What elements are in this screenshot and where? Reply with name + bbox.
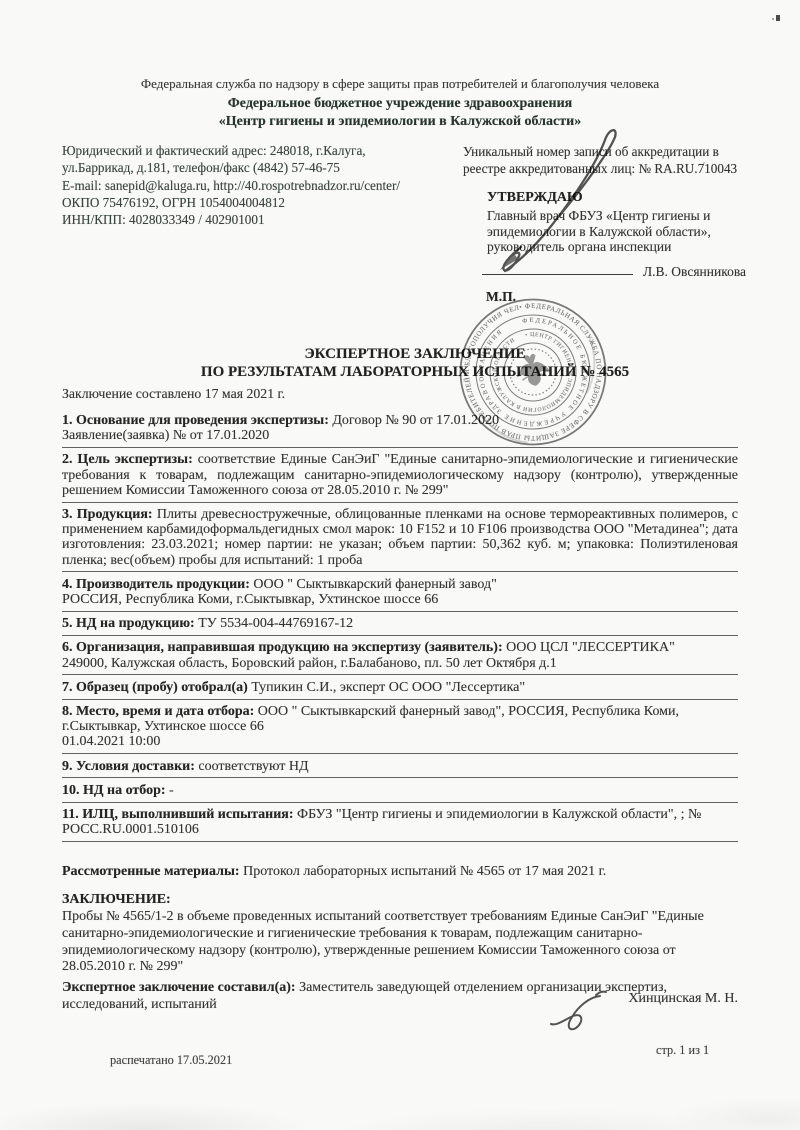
- section-product: 3. Продукция: Плиты древесностружечные, …: [62, 507, 738, 568]
- signature-line: [482, 262, 633, 275]
- separator-line: [62, 571, 738, 572]
- compiled-date-line: Заключение составлено 17 мая 2021 г.: [62, 386, 285, 402]
- section-text: Договор № 90 от 17.01.2020: [332, 413, 499, 428]
- title-line2: ПО РЕЗУЛЬТАТАМ ЛАБОРАТОРНЫХ ИСПЫТАНИЙ № …: [30, 364, 800, 382]
- section-text: соответствуют НД: [198, 759, 308, 774]
- scanned-expert-conclusion-page: Федеральная служба по надзору в сфере за…: [0, 0, 800, 1130]
- section-sampler: 7. Образец (пробу) отобрал(а) Тупикин С.…: [62, 680, 738, 695]
- section-extra-line: г.Сыктывкар, Ухтинское шоссе 66: [62, 719, 738, 734]
- composer-block: Экспертное заключение составил(а): Замес…: [62, 980, 738, 1013]
- section-text: ООО " Сыктывкарский фанерный завод": [253, 577, 496, 592]
- document-title: ЭКСПЕРТНОЕ ЗАКЛЮЧЕНИЕ ПО РЕЗУЛЬТАТАМ ЛАБ…: [30, 346, 800, 381]
- section-text: ТУ 5534-004-44769167-12: [198, 616, 353, 631]
- title-line1: ЭКСПЕРТНОЕ ЗАКЛЮЧЕНИЕ: [30, 346, 800, 364]
- section-extra-line: РОССИЯ, Республика Коми, г.Сыктывкар, Ух…: [62, 592, 738, 607]
- section-text: ФБУЗ "Центр гигиены и эпидемиологии в Ка…: [297, 807, 701, 822]
- contacts-email-line: E-mail: sanepid@kaluga.ru, http://40.ros…: [62, 177, 472, 194]
- approval-line1: Главный врач ФБУЗ «Центр гигиены и: [487, 208, 757, 223]
- section-label: 7. Образец (пробу) отобрал(а): [62, 680, 248, 695]
- accreditation-line2: реестре аккредитованных лиц: № RA.RU.710…: [463, 161, 753, 178]
- section-label: 9. Условия доставки:: [62, 759, 195, 774]
- sections-list: 1. Основание для проведения экспертизы: …: [62, 413, 738, 846]
- separator-line: [62, 447, 738, 448]
- section-extra-line: 249000, Калужская область, Боровский рай…: [62, 656, 738, 671]
- approval-line2: эпидемиологии в Калужской области»,: [487, 224, 757, 239]
- section-text: Плиты древесностружечные, облицованные п…: [62, 507, 738, 568]
- section-text: ООО " Сыктывкарский фанерный завод", РОС…: [258, 704, 679, 719]
- section-label: 3. Продукция:: [62, 507, 153, 522]
- section-text: Тупикин С.И., эксперт ОС ООО "Лессертика…: [251, 680, 525, 695]
- section-label: 1. Основание для проведения экспертизы:: [62, 413, 329, 428]
- section-label: 8. Место, время и дата отбора:: [62, 704, 254, 719]
- section-basis: 1. Основание для проведения экспертизы: …: [62, 413, 738, 443]
- materials-text: Протокол лабораторных испытаний № 4565 о…: [243, 864, 606, 879]
- section-extra-line: Заявление(заявка) № от 17.01.2020: [62, 428, 738, 443]
- composer-name: Хинцинская М. Н.: [628, 991, 738, 1008]
- contacts-inn-kpp-line: ИНН/КПП: 4028033349 / 402901001: [62, 211, 472, 228]
- section-sampling-place: 8. Место, время и дата отбора: ООО " Сык…: [62, 704, 738, 750]
- materials-label: Рассмотренные материалы:: [62, 864, 240, 879]
- composer-label: Экспертное заключение составил(а):: [62, 980, 296, 995]
- contacts-address-line1: Юридический и фактический адрес: 248018,…: [62, 142, 472, 159]
- conclusion-heading: ЗАКЛЮЧЕНИЕ:: [62, 892, 171, 908]
- section-text: -: [169, 783, 174, 798]
- section-purpose: 2. Цель экспертизы: соответствие Единые …: [62, 452, 738, 498]
- contacts-address-line2: ул.Баррикад, д.181, телефон/факс (4842) …: [62, 159, 472, 176]
- section-laboratory: 11. ИЛЦ, выполнивший испытания: ФБУЗ "Це…: [62, 807, 738, 837]
- section-label: 4. Производитель продукции:: [62, 577, 250, 592]
- approver-name: Л.В. Овсянникова: [643, 264, 746, 280]
- separator-line: [62, 841, 738, 842]
- conclusion-body: Пробы № 4565/1-2 в объеме проведенных ис…: [62, 909, 740, 976]
- separator-line: [62, 777, 738, 778]
- section-label: 5. НД на продукцию:: [62, 616, 195, 631]
- approval-block: УТВЕРЖДАЮ Главный врач ФБУЗ «Центр гигие…: [487, 190, 757, 255]
- approval-title: УТВЕРЖДАЮ: [487, 190, 757, 205]
- stamp-place-mark: М.П.: [486, 289, 516, 305]
- section-label: 6. Организация, направившая продукцию на…: [62, 640, 503, 655]
- section-manufacturer: 4. Производитель продукции: ООО " Сыктыв…: [62, 577, 738, 607]
- section-label: 2. Цель экспертизы:: [62, 452, 193, 467]
- accreditation-line1: Уникальный номер записи об аккредитации …: [463, 144, 753, 161]
- section-text: ООО ЦСЛ "ЛЕССЕРТИКА": [506, 640, 675, 655]
- footer-printed-date: распечатано 17.05.2021: [110, 1053, 232, 1068]
- section-applicant: 6. Организация, направившая продукцию на…: [62, 640, 738, 670]
- section-label: 11. ИЛЦ, выполнивший испытания:: [62, 807, 294, 822]
- section-nd-sampling: 10. НД на отбор: -: [62, 783, 738, 798]
- separator-line: [62, 699, 738, 700]
- section-extra-line: РОСС.RU.0001.510106: [62, 822, 738, 837]
- separator-line: [62, 611, 738, 612]
- header-agency-line: Федеральная служба по надзору в сфере за…: [0, 76, 800, 92]
- separator-line: [62, 802, 738, 803]
- footer-page-number: стр. 1 из 1: [656, 1043, 709, 1058]
- section-label: 10. НД на отбор:: [62, 783, 166, 798]
- materials-line: Рассмотренные материалы: Протокол лабора…: [62, 864, 738, 880]
- separator-line: [62, 635, 738, 636]
- separator-line: [62, 674, 738, 675]
- contacts-okpo-ogrn-line: ОКПО 75476192, ОГРН 1054004004812: [62, 194, 472, 211]
- separator-line: [62, 753, 738, 754]
- section-delivery: 9. Условия доставки: соответствуют НД: [62, 759, 738, 774]
- accreditation-block: Уникальный номер записи об аккредитации …: [463, 144, 753, 177]
- section-nd-product: 5. НД на продукцию: ТУ 5534-004-44769167…: [62, 616, 738, 631]
- approval-line3: руководитель органа инспекции: [487, 239, 757, 254]
- separator-line: [62, 502, 738, 503]
- header-center-name-line: «Центр гигиены и эпидемиологии в Калужск…: [0, 113, 800, 131]
- contacts-block: Юридический и фактический адрес: 248018,…: [62, 142, 472, 228]
- approval-signature-row: Л.В. Овсянникова: [482, 262, 752, 278]
- header-institution-line: Федеральное бюджетное учреждение здравоо…: [0, 95, 800, 113]
- document-header: Федеральная служба по надзору в сфере за…: [0, 76, 800, 130]
- section-extra-line: 01.04.2021 10:00: [62, 734, 738, 749]
